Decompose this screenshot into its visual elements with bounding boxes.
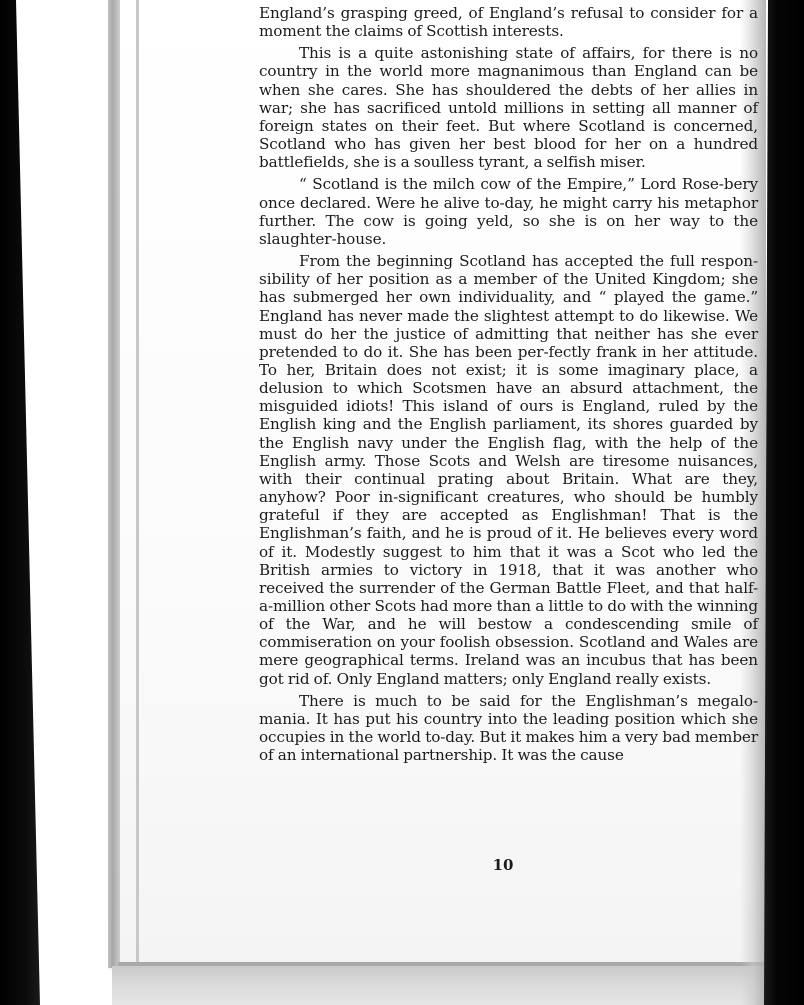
left-scanner-border bbox=[0, 0, 40, 1005]
page-number: 10 bbox=[478, 856, 528, 874]
page-inner-edge-line bbox=[136, 0, 139, 962]
paragraph-continued: England’s grasping greed, of England’s r… bbox=[259, 4, 758, 40]
right-scanner-border bbox=[764, 0, 804, 1005]
scanned-book-page: England’s grasping greed, of England’s r… bbox=[0, 0, 804, 1005]
paragraph-megalomania: There is much to be said for the English… bbox=[259, 692, 758, 765]
page-bottom-shadow bbox=[112, 966, 782, 1005]
book-spine-shadow bbox=[108, 0, 120, 968]
body-text: England’s grasping greed, of England’s r… bbox=[259, 0, 758, 768]
paragraph-astonishing: This is a quite astonishing state of aff… bbox=[259, 44, 758, 171]
paragraph-rosebery-quote: “ Scotland is the milch cow of the Empir… bbox=[259, 175, 758, 248]
paragraph-from-the-beginning: From the beginning Scotland has accepted… bbox=[259, 252, 758, 688]
